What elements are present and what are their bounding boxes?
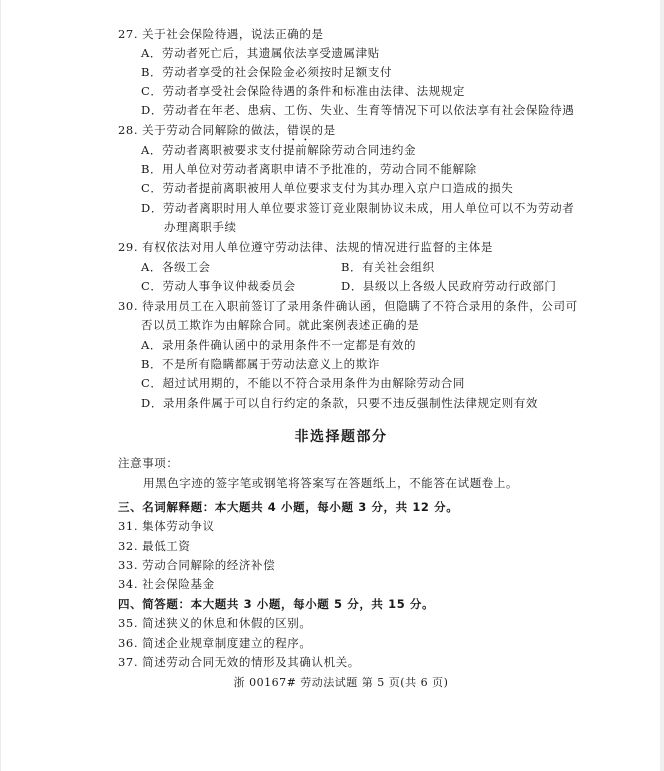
question-text: 简述企业规章制度建立的程序。 xyxy=(142,636,311,650)
section-4-title: 四、简答题：本大题共 3 小题，每小题 5 分，共 15 分。 xyxy=(118,597,434,611)
option-label: A． xyxy=(141,338,162,352)
option-text: 不是所有隐瞒都属于劳动法意义上的欺诈 xyxy=(162,357,380,371)
question-28-option-c: C．劳动者提前离职被用人单位要求支付为其办理入京户口造成的损失 xyxy=(141,181,513,195)
option-label: D． xyxy=(141,201,163,215)
option-label: A． xyxy=(141,143,162,157)
question-28-option-d-continuation: 办理离职手续 xyxy=(164,220,237,234)
question-number: 27. xyxy=(118,27,138,41)
option-text: 录用条件确认函中的录用条件不一定都是有效的 xyxy=(162,338,416,352)
question-35: 35.简述狭义的休息和休假的区别。 xyxy=(118,616,312,630)
question-text: 简述狭义的休息和休假的区别。 xyxy=(142,616,311,630)
option-text: 劳动者享受社会保险待遇的条件和标准由法律、法规规定 xyxy=(163,84,466,98)
question-text: 待录用员工在入职前签订了录用条件确认函，但隐瞒了不符合录用的条件，公司可 xyxy=(142,299,578,313)
option-text: 用人单位对劳动者离职申请不予批准的，劳动合同不能解除 xyxy=(162,162,477,176)
question-28-option-a: A．劳动者离职被要求支付提前解除劳动合同违约金 xyxy=(141,143,416,157)
question-text: 关于劳动合同解除的做法， xyxy=(142,123,287,137)
question-number: 37. xyxy=(118,655,138,669)
option-text: 县级以上各级人民政府劳动行政部门 xyxy=(363,279,557,293)
question-30-stem-continuation: 否以员工欺诈为由解除合同。就此案例表述正确的是 xyxy=(141,318,419,332)
option-text: 劳动者享受的社会保险金必须按时足额支付 xyxy=(162,65,392,79)
question-27-option-a: A．劳动者死亡后，其遗属依法享受遗属津贴 xyxy=(141,46,380,60)
option-label: A． xyxy=(141,46,162,60)
option-text: 超过试用期的，不能以不符合录用条件为由解除劳动合同 xyxy=(163,376,466,390)
question-number: 28. xyxy=(118,123,138,137)
question-number: 36. xyxy=(118,636,138,650)
option-label: B． xyxy=(141,65,162,79)
option-text: 各级工会 xyxy=(162,260,210,274)
question-number: 35. xyxy=(118,616,138,630)
question-number: 34. xyxy=(118,577,138,591)
question-30-option-a: A．录用条件确认函中的录用条件不一定都是有效的 xyxy=(141,338,416,352)
question-30-option-d: D．录用条件属于可以自行约定的条款，只要不违反强制性法律规定则有效 xyxy=(141,396,538,410)
section-heading: 非选择题部分 xyxy=(0,426,664,446)
option-label: B． xyxy=(141,162,162,176)
question-text-end: 的是 xyxy=(312,123,336,137)
option-label: C． xyxy=(141,376,163,390)
option-text: 劳动者离职被要求支付提前解除劳动合同违约金 xyxy=(162,143,416,157)
question-27-stem: 27.关于社会保险待遇，说法正确的是 xyxy=(118,27,324,41)
option-label: D． xyxy=(341,279,363,293)
question-text: 关于社会保险待遇，说法正确的是 xyxy=(142,27,324,41)
question-27-option-b: B．劳动者享受的社会保险金必须按时足额支付 xyxy=(141,65,392,79)
question-27-option-d: D．劳动者在年老、患病、工伤、失业、生育等情况下可以依法享有社会保险待遇 xyxy=(141,103,574,117)
question-text: 简述劳动合同无效的情形及其确认机关。 xyxy=(142,655,360,669)
question-number: 32. xyxy=(118,539,138,553)
question-30-option-c: C．超过试用期的，不能以不符合录用条件为由解除劳动合同 xyxy=(141,376,465,390)
question-30-stem: 30.待录用员工在入职前签订了录用条件确认函，但隐瞒了不符合录用的条件，公司可 xyxy=(118,299,578,313)
question-text: 最低工资 xyxy=(142,539,190,553)
option-label: B． xyxy=(141,357,162,371)
question-text: 社会保险基金 xyxy=(142,577,215,591)
option-label: D． xyxy=(141,103,163,117)
question-27-option-c: C．劳动者享受社会保险待遇的条件和标准由法律、法规规定 xyxy=(141,84,465,98)
option-text: 劳动人事争议仲裁委员会 xyxy=(163,279,296,293)
option-text: 劳动者离职时用人单位要求签订竞业限制协议未成，用人单位可以不为劳动者 xyxy=(163,201,574,215)
question-29-option-c: C．劳动人事争议仲裁委员会 xyxy=(141,279,296,293)
question-37: 37.简述劳动合同无效的情形及其确认机关。 xyxy=(118,655,360,669)
question-32: 32.最低工资 xyxy=(118,539,191,553)
question-36: 36.简述企业规章制度建立的程序。 xyxy=(118,636,312,650)
question-29-stem: 29.有权依法对用人单位遵守劳动法律、法规的情况进行监督的主体是 xyxy=(118,240,493,254)
option-label: C． xyxy=(141,279,163,293)
option-text: 劳动者在年老、患病、工伤、失业、生育等情况下可以依法享有社会保险待遇 xyxy=(163,103,574,117)
option-text: 劳动者死亡后，其遗属依法享受遗属津贴 xyxy=(162,46,380,60)
question-number: 30. xyxy=(118,299,138,313)
notice-text: 用黑色字迹的签字笔或钢笔将答案写在答题纸上，不能答在试题卷上。 xyxy=(143,476,518,490)
question-29-option-a: A．各级工会 xyxy=(141,260,210,274)
question-text: 集体劳动争议 xyxy=(142,519,215,533)
option-label: C． xyxy=(141,84,163,98)
question-number: 29. xyxy=(118,240,138,254)
page-footer: 浙 00167# 劳动法试题 第 5 页(共 6 页) xyxy=(0,674,664,690)
question-text: 有权依法对用人单位遵守劳动法律、法规的情况进行监督的主体是 xyxy=(142,240,493,254)
question-number: 33. xyxy=(118,558,138,572)
question-29-option-b: B．有关社会组织 xyxy=(341,260,435,274)
option-text: 录用条件属于可以自行约定的条款，只要不违反强制性法律规定则有效 xyxy=(163,396,538,410)
option-label: D． xyxy=(141,396,163,410)
option-text: 劳动者提前离职被用人单位要求支付为其办理入京户口造成的损失 xyxy=(163,181,514,195)
option-text: 有关社会组织 xyxy=(362,260,435,274)
question-30-option-b: B．不是所有隐瞒都属于劳动法意义上的欺诈 xyxy=(141,357,380,371)
notice-title: 注意事项： xyxy=(118,456,179,470)
page-edge-left xyxy=(0,0,1,771)
option-label: C． xyxy=(141,181,163,195)
question-29-option-d: D．县级以上各级人民政府劳动行政部门 xyxy=(341,279,557,293)
question-31: 31.集体劳动争议 xyxy=(118,519,215,533)
question-28-option-d: D．劳动者离职时用人单位要求签订竞业限制协议未成，用人单位可以不为劳动者 xyxy=(141,201,574,215)
question-text: 劳动合同解除的经济补偿 xyxy=(142,558,275,572)
question-33: 33.劳动合同解除的经济补偿 xyxy=(118,558,275,572)
page-edge-right xyxy=(660,0,664,771)
question-28-stem: 28.关于劳动合同解除的做法，错误的是 xyxy=(118,123,336,144)
option-label: B． xyxy=(341,260,362,274)
emphasized-word: 错误 xyxy=(287,123,311,137)
question-34: 34.社会保险基金 xyxy=(118,577,215,591)
section-3-title: 三、名词解释题：本大题共 4 小题，每小题 3 分，共 12 分。 xyxy=(118,500,458,514)
option-label: A． xyxy=(141,260,162,274)
question-number: 31. xyxy=(118,519,138,533)
question-28-option-b: B．用人单位对劳动者离职申请不予批准的，劳动合同不能解除 xyxy=(141,162,477,176)
